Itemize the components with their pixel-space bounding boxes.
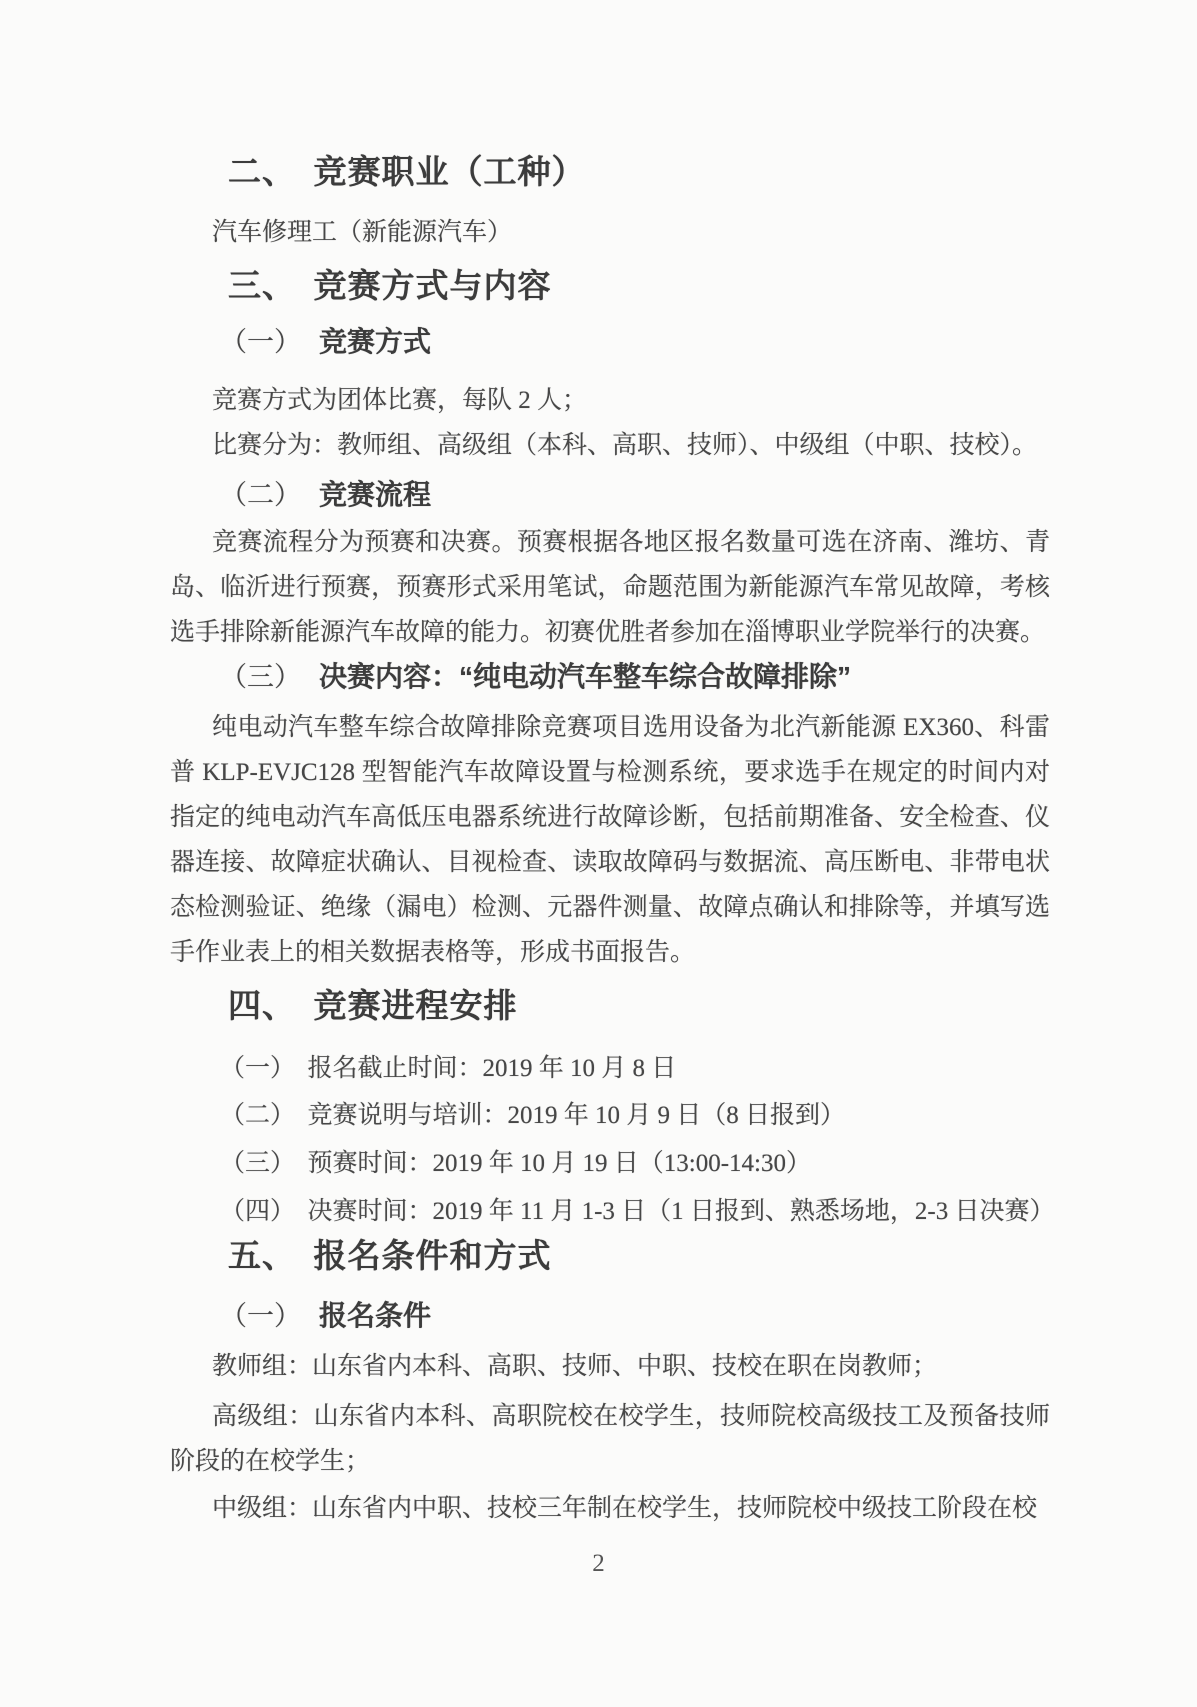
schedule-item-prelim: （三） 预赛时间：2019 年 10 月 19 日（13:00-14:30） [170, 1141, 1050, 1186]
subsection-heading-3-2: （二）竞赛流程 [170, 475, 1050, 515]
paragraph-team-format: 竞赛方式为团体比赛，每队 2 人； [170, 378, 1050, 423]
subsection-number: （三） [220, 662, 301, 692]
schedule-item-training: （二） 竞赛说明与培训：2019 年 10 月 9 日（8 日报到） [170, 1093, 1050, 1138]
schedule-item-final: （四） 决赛时间：2019 年 11 月 1-3 日（1 日报到、熟悉场地，2-… [170, 1189, 1050, 1234]
subsection-number: （二） [220, 480, 301, 510]
paragraph-senior-group: 高级组：山东省内本科、高职院校在校学生，技师院校高级技工及预备技师阶段的在校学生… [170, 1394, 1050, 1484]
subsection-title: 竞赛方式 [319, 326, 431, 357]
subsection-number: （一） [220, 1301, 301, 1331]
section-heading-5: 五、 报名条件和方式 [170, 1234, 1050, 1278]
subsection-title: 报名条件 [319, 1300, 431, 1331]
paragraph-occupation: 汽车修理工（新能源汽车） [170, 210, 1050, 255]
paragraph-teacher-group: 教师组：山东省内本科、高职、技师、中职、技校在职在岗教师； [170, 1344, 1050, 1389]
document-body: 二、 竞赛职业（工种） 汽车修理工（新能源汽车） 三、 竞赛方式与内容 （一）竞… [170, 128, 1050, 1531]
subsection-title: 竞赛流程 [319, 479, 431, 510]
section-heading-4: 四、 竞赛进程安排 [170, 984, 1050, 1028]
document-page: 二、 竞赛职业（工种） 汽车修理工（新能源汽车） 三、 竞赛方式与内容 （一）竞… [0, 0, 1197, 1707]
section-heading-2: 二、 竞赛职业（工种） [170, 150, 1050, 194]
section-heading-3: 三、 竞赛方式与内容 [170, 264, 1050, 308]
paragraph-final-content: 纯电动汽车整车综合故障排除竞赛项目选用设备为北汽新能源 EX360、科雷普 KL… [170, 705, 1050, 975]
paragraph-groups: 比赛分为：教师组、高级组（本科、高职、技师）、中级组（中职、技校）。 [170, 423, 1050, 468]
subsection-heading-3-1: （一）竞赛方式 [170, 322, 1050, 362]
subsection-heading-3-3: （三）决赛内容：“纯电动汽车整车综合故障排除” [170, 657, 1050, 697]
paragraph-process: 竞赛流程分为预赛和决赛。预赛根据各地区报名数量可选在济南、潍坊、青岛、临沂进行预… [170, 520, 1050, 655]
subsection-number: （一） [220, 327, 301, 357]
subsection-heading-5-1: （一）报名条件 [170, 1296, 1050, 1336]
subsection-title: 决赛内容：“纯电动汽车整车综合故障排除” [319, 661, 851, 692]
page-number: 2 [0, 1550, 1197, 1578]
schedule-item-deadline: （一） 报名截止时间：2019 年 10 月 8 日 [170, 1046, 1050, 1091]
paragraph-middle-group: 中级组：山东省内中职、技校三年制在校学生，技师院校中级技工阶段在校 [170, 1486, 1050, 1531]
